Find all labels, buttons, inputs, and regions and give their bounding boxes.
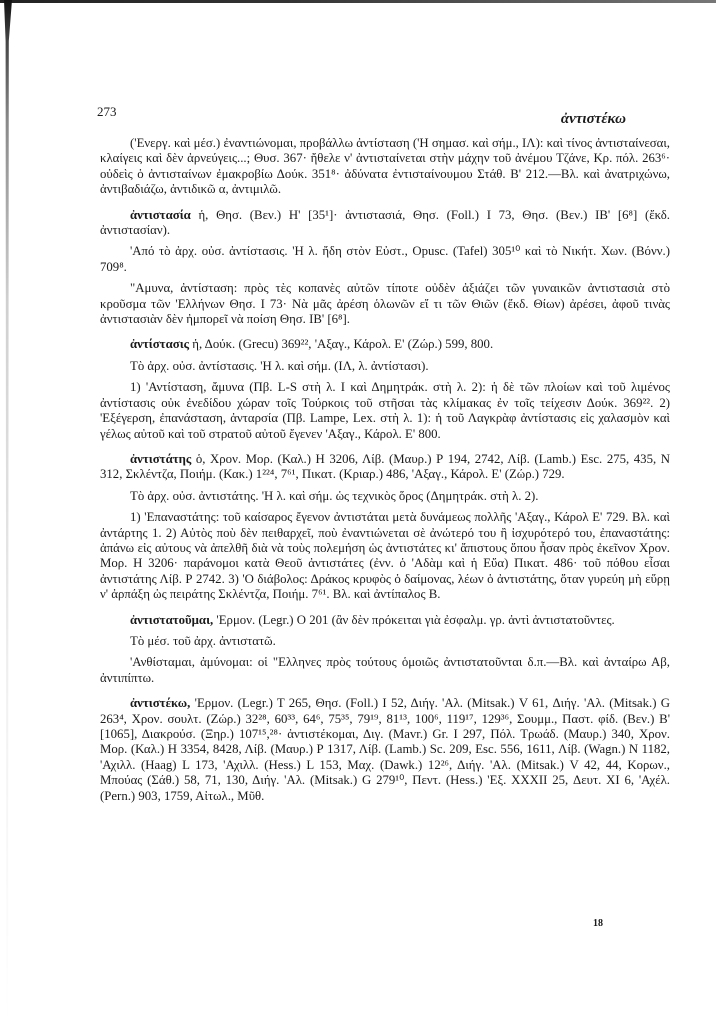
entry-etymology: Τὸ ἀρχ. οὐσ. ἀντίστασις. 'Η λ. καὶ σήμ. … [100, 359, 670, 374]
entry-definition: "Αμυνα, ἀντίσταση: πρὸς τὲς κοπανὲς αὐτῶ… [100, 281, 670, 327]
running-head: ἀντιστέκω [561, 111, 626, 128]
entry-definition: 1) 'Επαναστάτης: τοῦ καίσαρος ἔγενον ἀντ… [100, 510, 670, 602]
entry-etymology: Τὸ μέσ. τοῦ ἀρχ. ἀντιστατῶ. [100, 634, 670, 649]
entry-citations: 'Ερμον. (Legr.) Ο 201 (ἂν δὲν πρόκειται … [213, 613, 615, 627]
headword: ἀντίστασις [130, 337, 189, 351]
entry-antistatis-head: ἀντιστάτης ὁ, Χρον. Μορ. (Καλ.) Η 3206, … [100, 452, 670, 483]
headword: ἀντιστατοῦμαι, [130, 613, 213, 627]
dictionary-text-column: ('Ενεργ. καὶ μέσ.) ἐναντιώνομαι, προβάλλ… [100, 136, 670, 804]
scan-top-edge [0, 0, 716, 3]
entry-continuation: ('Ενεργ. καὶ μέσ.) ἐναντιώνομαι, προβάλλ… [100, 136, 670, 198]
entry-antistasia-head: ἀντιστασία ἡ, Θησ. (Βεν.) Η' [35¹]· ἀντι… [100, 208, 670, 239]
printer-signature-mark: 18 [593, 918, 603, 929]
entry-citations: 'Ερμον. (Legr.) Τ 265, Θησ. (Foll.) Ι 52… [100, 696, 670, 802]
entry-antistatoumai-head: ἀντιστατοῦμαι, 'Ερμον. (Legr.) Ο 201 (ἂν… [100, 613, 670, 628]
page-number: 273 [97, 104, 117, 120]
entry-definition: 1) 'Αντίσταση, ἄμυνα (Πβ. L-S στὴ λ. Ι κ… [100, 380, 670, 442]
entry-antisteko-head: ἀντιστέκω, 'Ερμον. (Legr.) Τ 265, Θησ. (… [100, 696, 670, 804]
headword: ἀντιστάτης [130, 452, 191, 466]
headword: ἀντιστασία [130, 208, 191, 222]
entry-citations: ἡ, Δούκ. (Grecu) 369²², 'Αξαγ., Κάρολ. Ε… [189, 337, 493, 351]
headword: ἀντιστέκω, [130, 696, 190, 710]
entry-etymology: 'Από τὸ ἀρχ. οὐσ. ἀντίστασις. 'Η λ. ἤδη … [100, 244, 670, 275]
entry-antistasis-head: ἀντίστασις ἡ, Δούκ. (Grecu) 369²², 'Αξαγ… [100, 337, 670, 352]
binding-shadow [4, 0, 12, 1024]
entry-definition: 'Ανθίσταμαι, ἀμύνομαι: οἱ "Ελληνες πρὸς … [100, 655, 670, 686]
entry-etymology: Τὸ ἀρχ. οὐσ. ἀντιστάτης. 'Η λ. καὶ σήμ. … [100, 489, 670, 504]
